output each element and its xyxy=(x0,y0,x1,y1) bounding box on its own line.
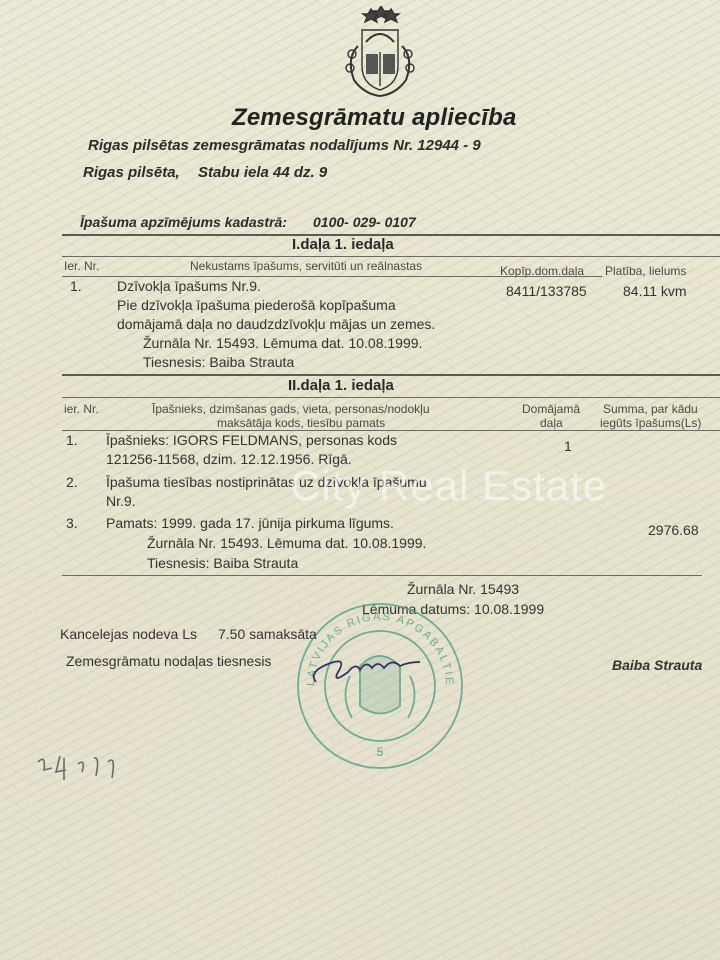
divider xyxy=(62,575,702,576)
row-line: domājamā daļa no daudzdzīvokļu mājas un … xyxy=(117,316,435,332)
handwritten-note-icon xyxy=(30,742,140,792)
sum-value: 2976.68 xyxy=(648,522,699,538)
row-line: Pie dzīvokļa īpašuma piederošā kopīpašum… xyxy=(117,297,396,313)
coat-of-arms-icon xyxy=(328,6,432,102)
cadastre-label: Īpašuma apzīmējums kadastrā: xyxy=(80,214,287,230)
row-line: Pamats: 1999. gada 17. jūnija pirkuma lī… xyxy=(106,515,394,531)
document-title: Zemesgrāmatu apliecība xyxy=(232,104,517,132)
part2-header-owner: Īpašnieks, dzimšanas gads, vieta, person… xyxy=(152,402,430,416)
divider xyxy=(62,374,720,376)
row-number: 2. xyxy=(66,474,78,490)
cadastre-number: 0100- 029- 0107 xyxy=(313,214,416,230)
part2-header-nr: ier. Nr. xyxy=(64,402,99,416)
part1-header-area: Platība, lielums xyxy=(605,264,686,278)
divider xyxy=(62,256,720,257)
footer-journal: Žurnāla Nr. 15493 xyxy=(407,581,519,597)
part1-header-nr: Ier. Nr. xyxy=(64,259,99,273)
row-line: Nr.9. xyxy=(106,493,136,509)
row-line: Īpašnieks: IGORS FELDMANS, personas kods xyxy=(106,432,397,448)
part1-section-title: I.daļa 1. iedaļa xyxy=(292,236,394,253)
divider xyxy=(62,430,720,431)
row-line: Žurnāla Nr. 15493. Lēmuma dat. 10.08.199… xyxy=(147,535,426,551)
part1-header-description: Nekustams īpašums, servitūti un reālnast… xyxy=(190,259,422,273)
part2-section-title: II.daļa 1. iedaļa xyxy=(288,377,394,394)
fee-label: Kancelejas nodeva Ls xyxy=(60,626,197,642)
share-value: 8411/133785 xyxy=(506,283,587,299)
judge-label: Zemesgrāmatu nodaļas tiesnesis xyxy=(66,653,271,669)
row-line: Žurnāla Nr. 15493. Lēmuma dat. 10.08.199… xyxy=(143,335,422,351)
judge-name: Baiba Strauta xyxy=(612,657,702,673)
division-line: Rigas pilsētas zemesgrāmatas nodalījums … xyxy=(88,137,481,154)
part2-header-share-2: daļa xyxy=(540,416,563,430)
part2-header-sum-2: iegūts īpašums(Ls) xyxy=(600,416,701,430)
part2-header-sum: Summa, par kādu xyxy=(603,402,698,416)
watermark: City Real Estate xyxy=(290,462,607,510)
part2-header-share: Domājamā xyxy=(522,402,580,416)
svg-text:5: 5 xyxy=(377,745,384,759)
address-street: Stabu iela 44 dz. 9 xyxy=(198,164,327,181)
row-number: 1. xyxy=(66,432,78,448)
row-line: Dzīvokļa īpašums Nr.9. xyxy=(117,278,261,294)
share-value: 1 xyxy=(564,438,572,454)
row-number: 3. xyxy=(66,515,78,531)
address-city: Rigas pilsēta, xyxy=(83,164,180,181)
row-line: Tiesnesis: Baiba Strauta xyxy=(143,354,294,370)
signature-icon xyxy=(308,642,428,692)
part2-header-owner-2: maksātāja kods, tiesību pamats xyxy=(217,416,385,430)
divider xyxy=(62,276,602,277)
row-number: 1. xyxy=(70,278,82,294)
area-value: 84.11 kvm xyxy=(623,283,687,299)
fee-value: 7.50 samaksāta xyxy=(218,626,317,642)
row-line: Tiesnesis: Baiba Strauta xyxy=(147,555,298,571)
divider xyxy=(62,397,720,398)
